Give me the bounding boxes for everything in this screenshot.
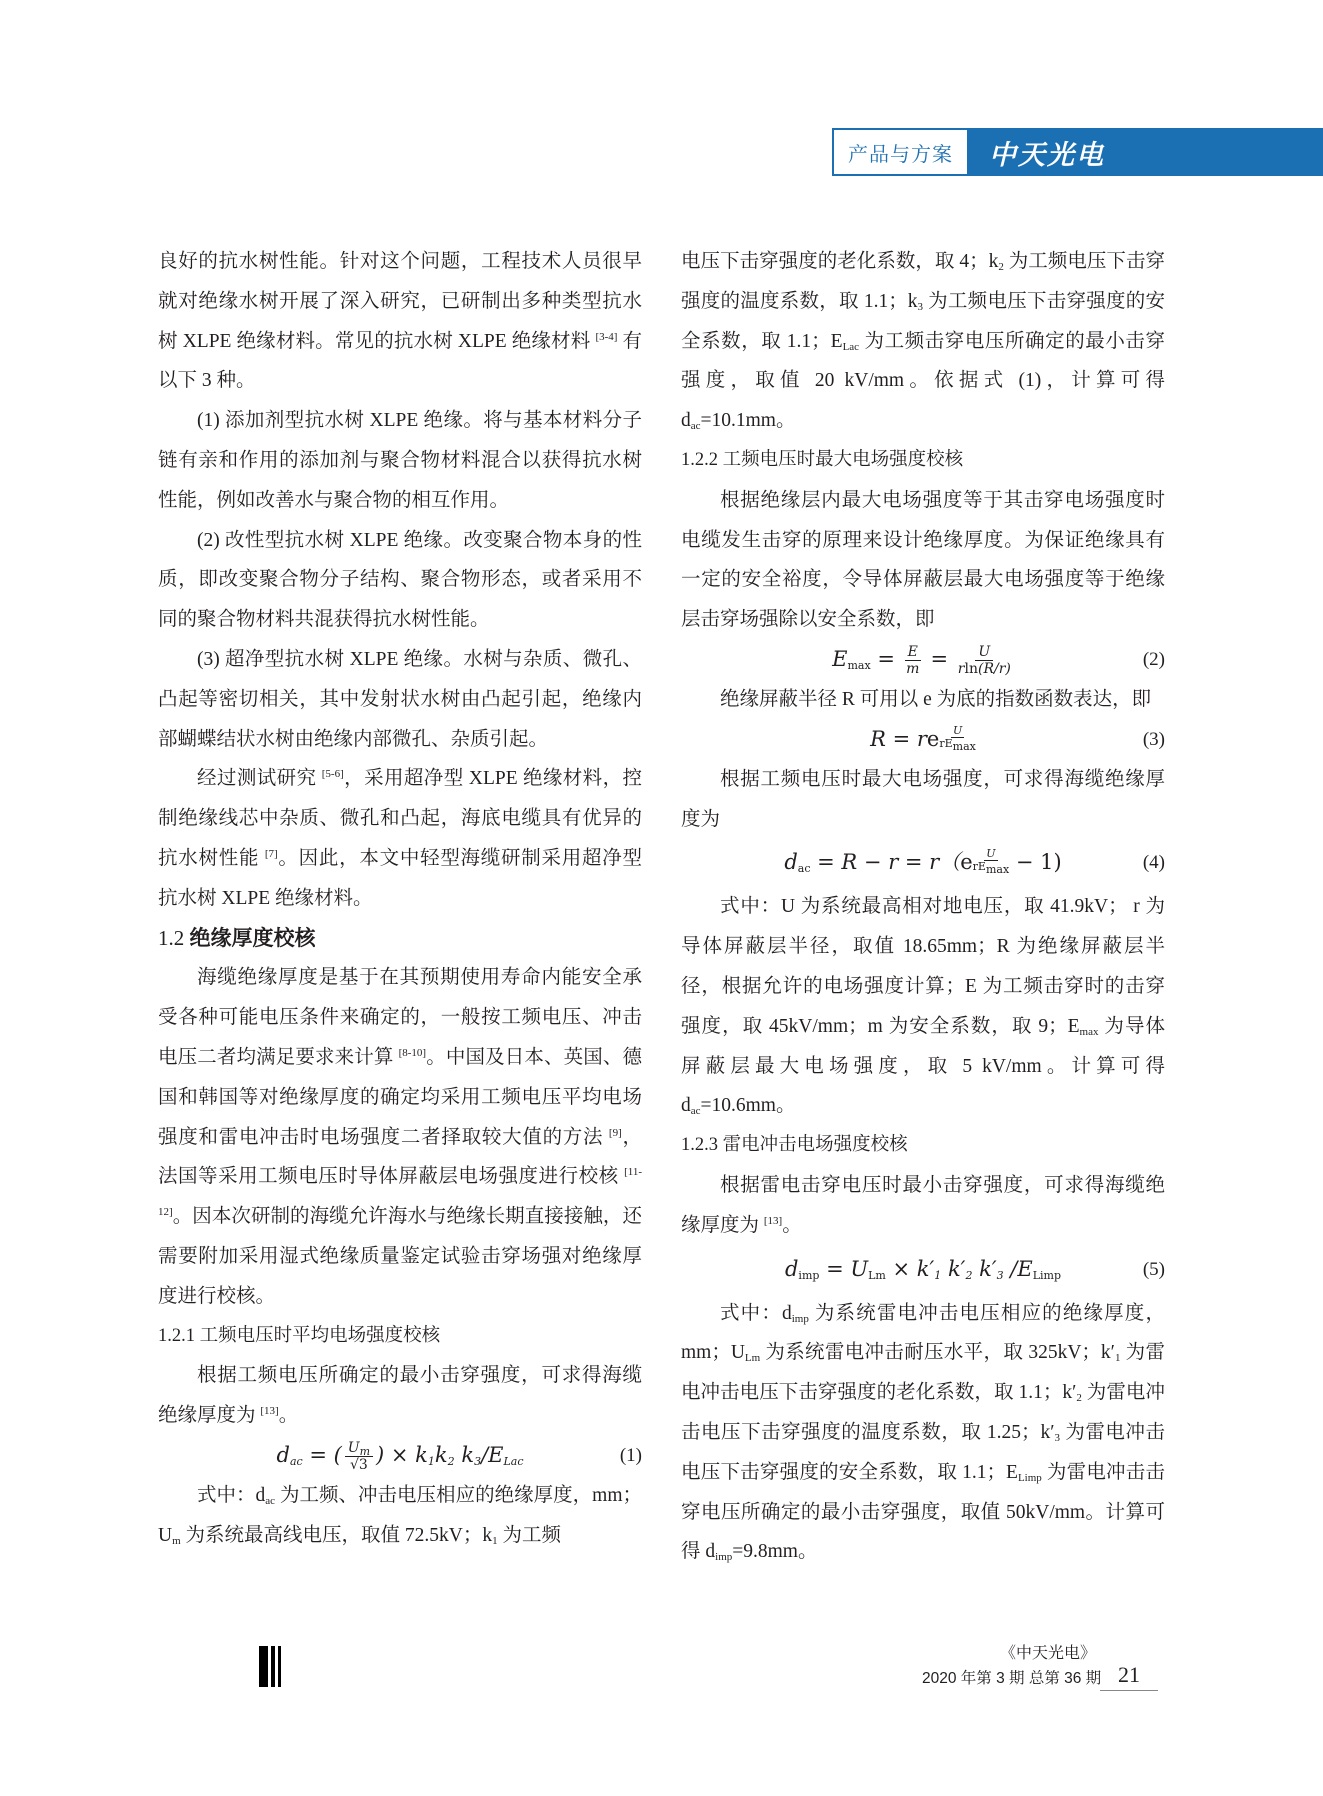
paragraph: 电压下击穿强度的老化系数，取 4；k2 为工频电压下击穿强度的温度系数，取 1.…	[681, 242, 1165, 441]
paragraph: 式中：dimp 为系统雷电冲击电压相应的绝缘厚度，mm；ULm 为系统雷电冲击耐…	[681, 1294, 1165, 1573]
page-number: 21	[1100, 1662, 1158, 1691]
section-label: 产品与方案	[832, 128, 967, 176]
equation-4: dac = R − r = r（eUrEmax − 1) (4)	[681, 839, 1165, 887]
paragraph: 根据工频电压时最大电场强度，可求得海缆绝缘厚度为	[681, 760, 1165, 840]
paragraph: 根据工频电压所确定的最小击穿强度，可求得海缆绝缘厚度为 [13]。	[158, 1356, 642, 1436]
list-item: (3) 超净型抗水树 XLPE 绝缘。水树与杂质、微孔、凸起等密切相关，其中发射…	[158, 640, 642, 759]
paragraph: 根据绝缘层内最大电场强度等于其击穿电场强度时电缆发生击穿的原理来设计绝缘厚度。为…	[681, 481, 1165, 640]
section-heading: 1.2 绝缘厚度校核	[158, 919, 642, 959]
paragraph: 经过测试研究 [5-6]，采用超净型 XLPE 绝缘材料，控制绝缘线芯中杂质、微…	[158, 759, 642, 918]
right-column: 电压下击穿强度的老化系数，取 4；k2 为工频电压下击穿强度的温度系数，取 1.…	[681, 242, 1165, 1572]
paragraph: 绝缘屏蔽半径 R 可用以 e 为底的指数函数表达，即	[681, 680, 1165, 720]
journal-name: 《中天光电》	[1000, 1640, 1096, 1663]
paragraph: 根据雷电击穿电压时最小击穿强度，可求得海缆绝缘厚度为 [13]。	[681, 1166, 1165, 1246]
brand-logo: 中天光电	[967, 128, 1323, 176]
list-item: (1) 添加剂型抗水树 XLPE 绝缘。将与基本材料分子链有亲和作用的添加剂与聚…	[158, 401, 642, 520]
subsection-heading: 1.2.2 工频电压时最大电场强度校核	[681, 441, 1165, 481]
paragraph: 式中：U 为系统最高相对地电压，取 41.9kV； r 为导体屏蔽层半径，取值 …	[681, 887, 1165, 1126]
paragraph: 海缆绝缘厚度是基于在其预期使用寿命内能安全承受各种可能电压条件来确定的，一般按工…	[158, 958, 642, 1316]
issue-info: 2020 年第 3 期 总第 36 期	[922, 1666, 1101, 1688]
equation-5: dimp = ULm × k′1 k′2 k′3 /ELimp (5)	[681, 1246, 1165, 1294]
paragraph: 式中：dac 为工频、冲击电压相应的绝缘厚度，mm；Um 为系统最高线电压，取值…	[158, 1476, 642, 1556]
equation-3: R = reUrEmax (3)	[681, 720, 1165, 760]
page-header: 产品与方案 中天光电	[832, 128, 1323, 176]
equation-2: Emax = Em = Urln(R/r) (2)	[681, 640, 1165, 680]
paragraph: 良好的抗水树性能。针对这个问题，工程技术人员很早就对绝缘水树开展了深入研究，已研…	[158, 242, 642, 401]
subsection-heading: 1.2.1 工频电压时平均电场强度校核	[158, 1317, 642, 1357]
left-column: 良好的抗水树性能。针对这个问题，工程技术人员很早就对绝缘水树开展了深入研究，已研…	[158, 242, 642, 1556]
equation-1: dac = (Um√3) × k1k2 k3/ELac (1)	[158, 1436, 642, 1476]
subsection-heading: 1.2.3 雷电冲击电场强度校核	[681, 1126, 1165, 1166]
list-item: (2) 改性型抗水树 XLPE 绝缘。改变聚合物本身的性质，即改变聚合物分子结构…	[158, 521, 642, 640]
